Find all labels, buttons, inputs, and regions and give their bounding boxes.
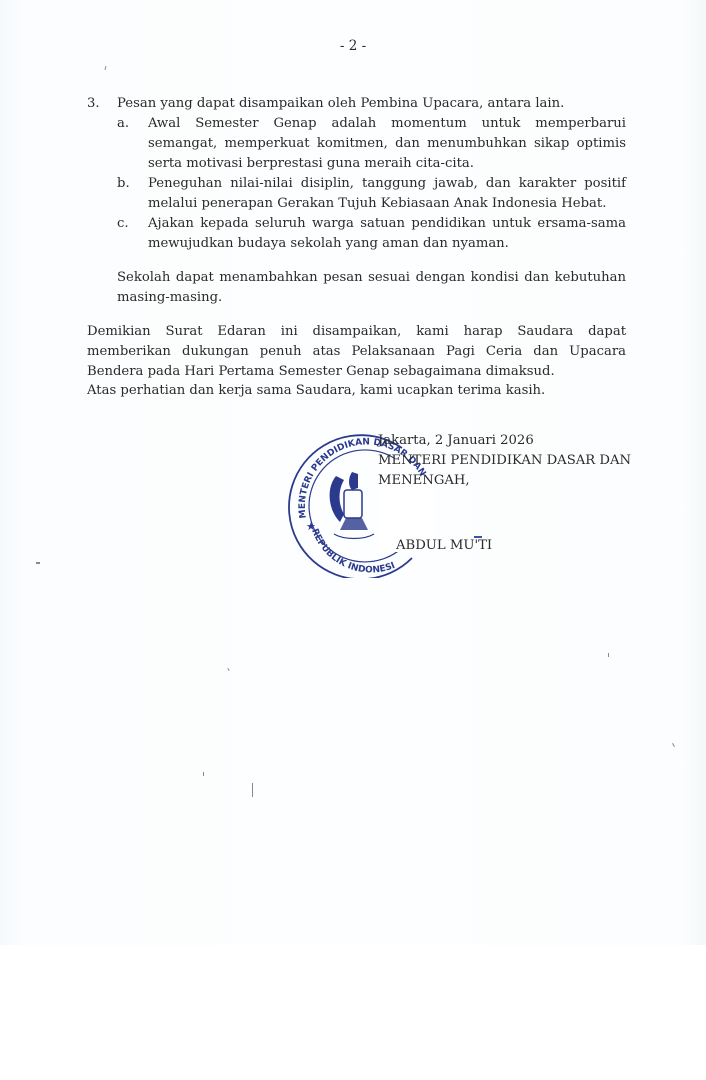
subitem-c-line-1: Ajakan kepada seluruh warga satuan pendi… bbox=[148, 214, 626, 234]
closing-thanks: Atas perhatian dan kerja sama Saudara, k… bbox=[87, 381, 545, 401]
item-3-marker: 3. bbox=[87, 94, 100, 114]
scan-speck bbox=[252, 783, 253, 797]
note-line-2: masing-masing. bbox=[117, 288, 222, 308]
scan-speck bbox=[36, 562, 40, 564]
subitem-a-marker: a. bbox=[117, 114, 129, 134]
signature-block: Jakarta, 2 Januari 2026 MENTERI PENDIDIK… bbox=[378, 431, 631, 491]
scan-speck bbox=[203, 772, 204, 776]
subitem-b-line-2: melalui penerapan Gerakan Tujuh Kebiasaa… bbox=[148, 194, 606, 214]
subitem-c-line-2: mewujudkan budaya sekolah yang aman dan … bbox=[148, 234, 509, 254]
stamp-star-icon: ★ bbox=[306, 520, 316, 533]
signature-title-line-2: MENENGAH, bbox=[378, 471, 631, 491]
garuda-emblem-icon bbox=[330, 472, 374, 539]
subitem-c-marker: c. bbox=[117, 214, 129, 234]
item-3-text: Pesan yang dapat disampaikan oleh Pembin… bbox=[117, 94, 564, 114]
scan-speck bbox=[608, 653, 609, 657]
subitem-b-marker: b. bbox=[117, 174, 130, 194]
closing-line-2: memberikan dukungan penuh atas Pelaksana… bbox=[87, 342, 626, 362]
subitem-a-line-2: semangat, memperkuat komitmen, dan menum… bbox=[148, 134, 626, 154]
closing-line-3: Bendera pada Hari Pertama Semester Genap… bbox=[87, 362, 555, 382]
subitem-a-line-1: Awal Semester Genap adalah momentum untu… bbox=[148, 114, 626, 134]
subitem-b-line-1: Peneguhan nilai-nilai disiplin, tanggung… bbox=[148, 174, 626, 194]
signature-place-date: Jakarta, 2 Januari 2026 bbox=[378, 431, 631, 451]
closing-line-1: Demikian Surat Edaran ini disampaikan, k… bbox=[87, 322, 626, 342]
signature-title-line-1: MENTERI PENDIDIKAN DASAR DAN bbox=[378, 451, 631, 471]
signatory-name: ABDUL MU'TI bbox=[396, 538, 492, 553]
note-line-1: Sekolah dapat menambahkan pesan sesuai d… bbox=[117, 268, 626, 288]
page-number: - 2 - bbox=[0, 38, 706, 54]
subitem-a-line-3: serta motivasi berprestasi guna meraih c… bbox=[148, 154, 474, 174]
